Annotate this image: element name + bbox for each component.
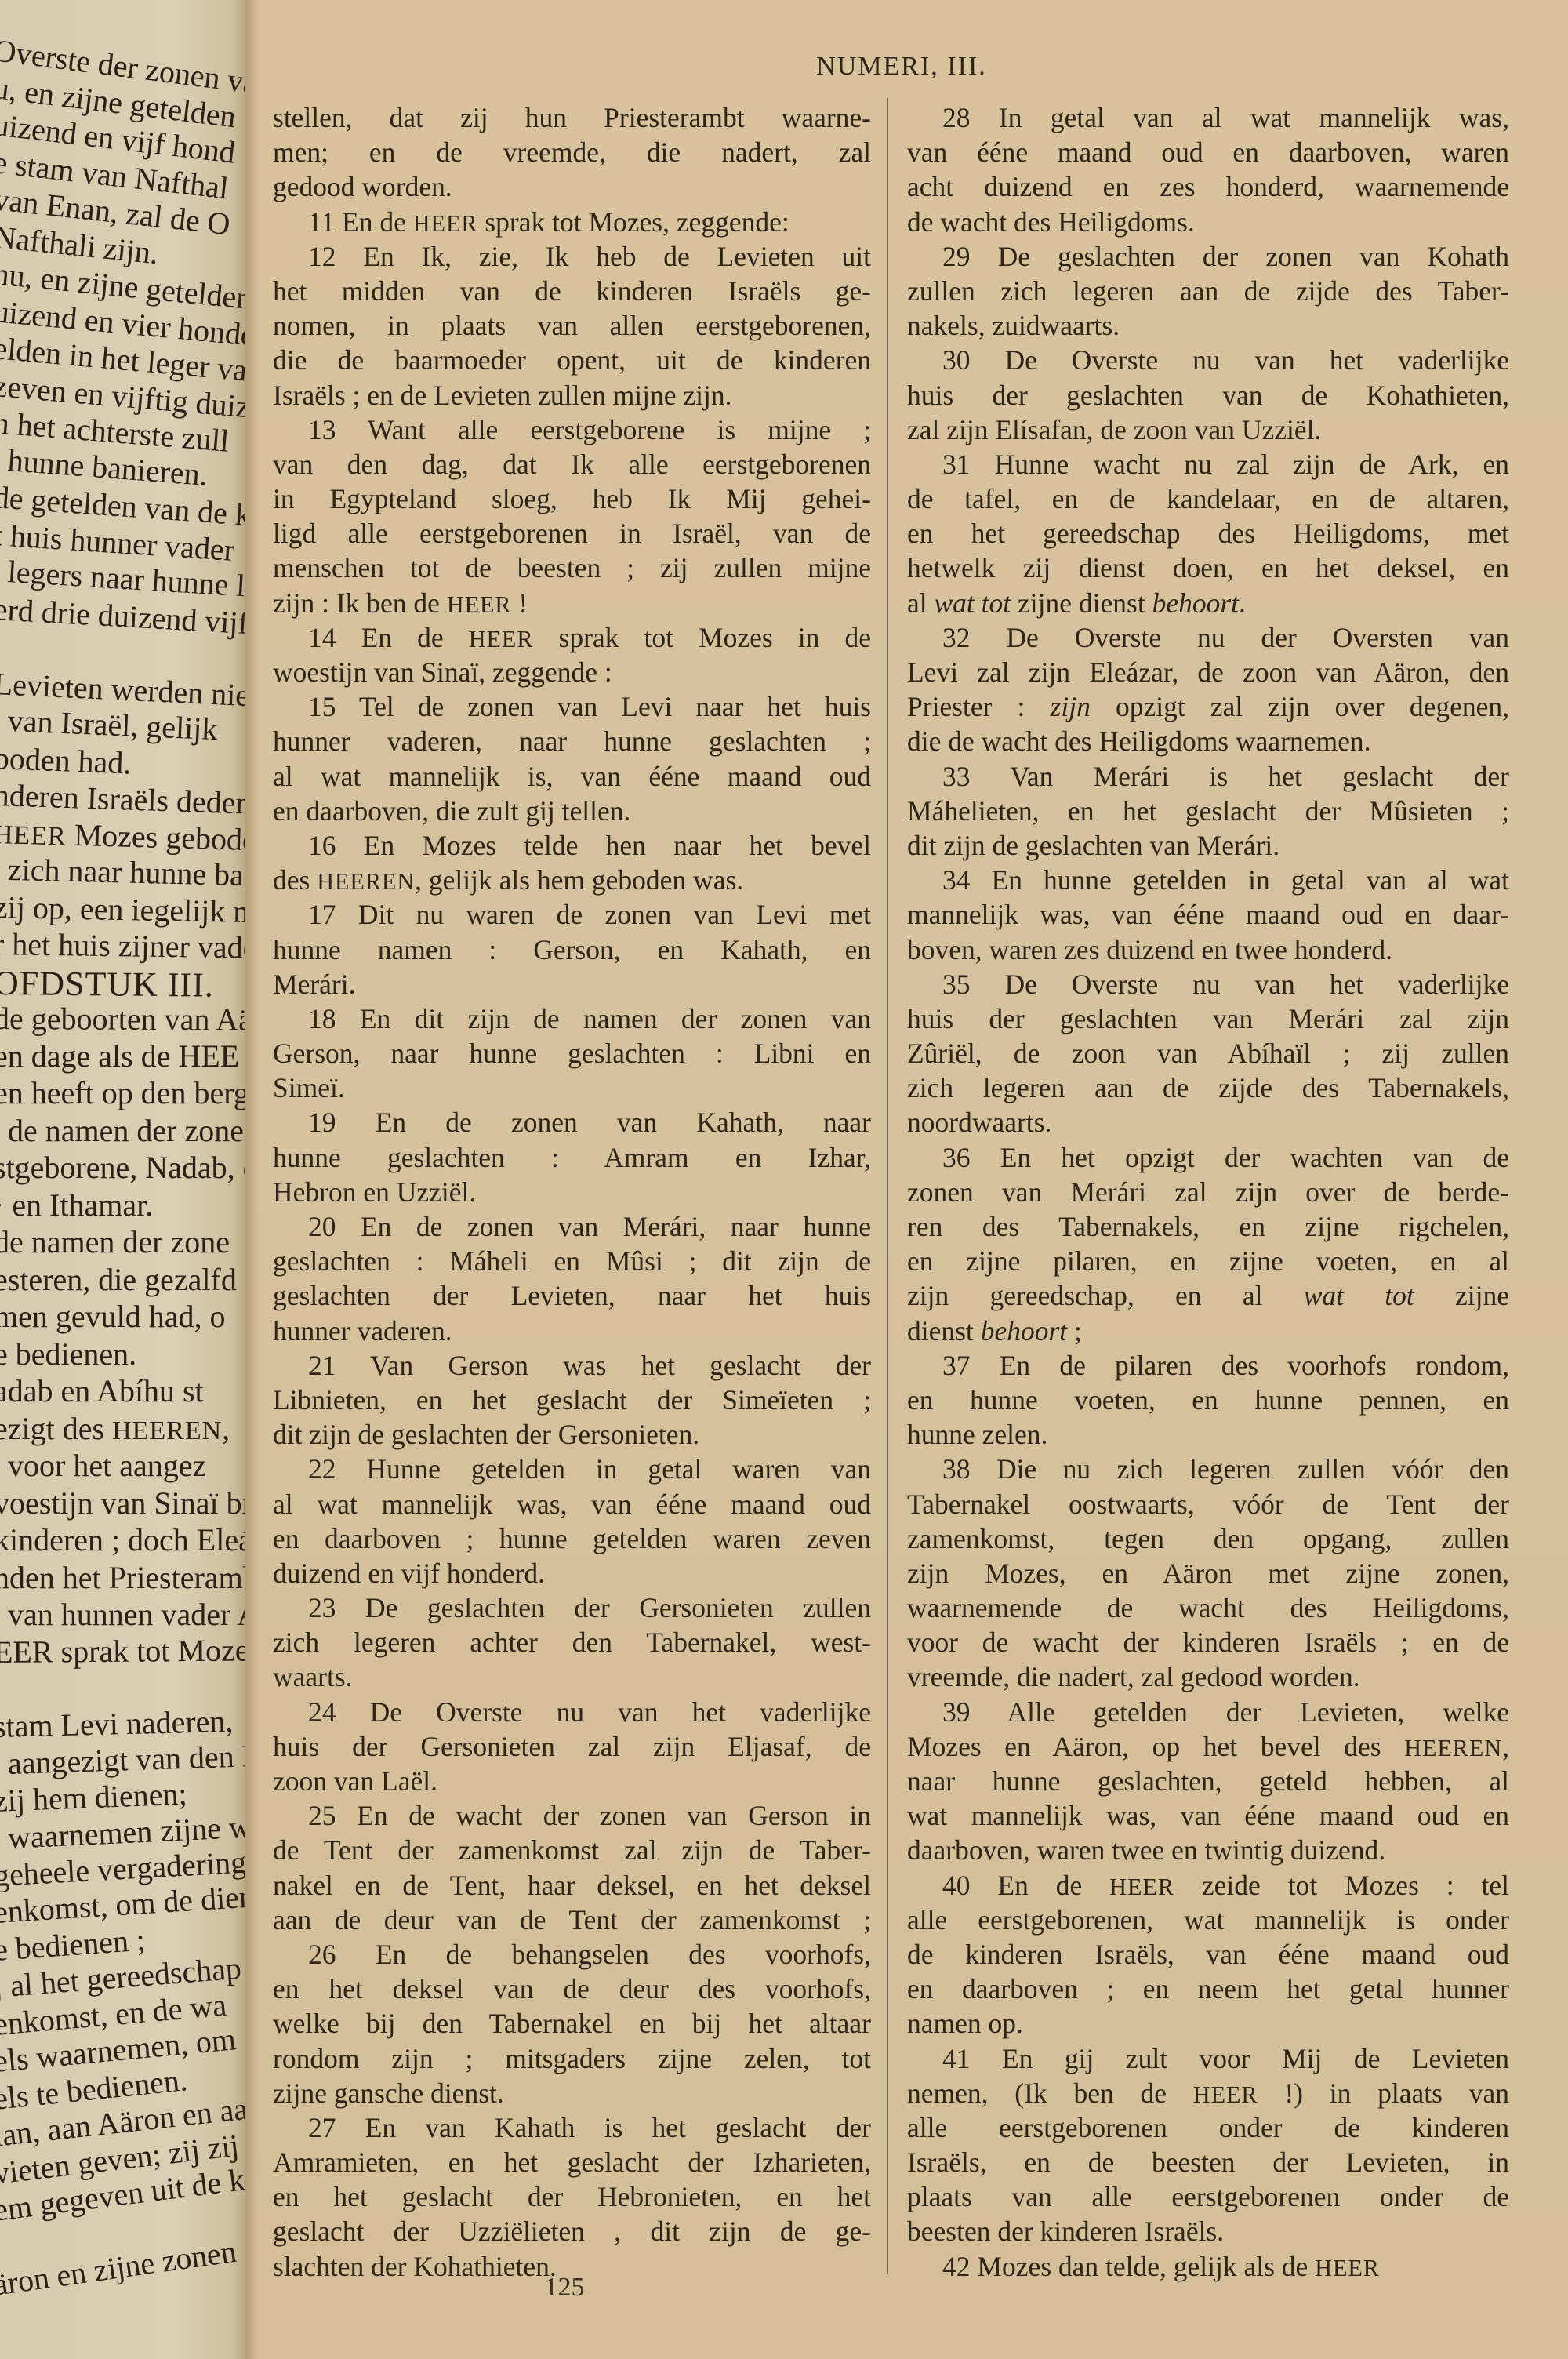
text-line: zich legeren aan de zijde des Tabernakel… — [907, 1070, 1509, 1105]
text-line: rondom zijn ; mitsgaders zijne zelen, to… — [273, 2041, 871, 2076]
text-line: aan de deur van de Tent der zamenkomst ; — [273, 1903, 871, 1937]
facing-page-line: OFDSTUK III. — [0, 963, 214, 1005]
italic-supplied-word: wat tot — [1304, 1280, 1414, 1311]
text-line: nomen, in plaats van allen eerstgeborene… — [273, 308, 871, 343]
text-line: Israëls, en de beesten der Levieten, in — [907, 2145, 1509, 2179]
text-line: die de baarmoeder opent, uit de kinderen — [273, 343, 871, 377]
text-line: waarnemende de wacht des Heiligdoms, — [907, 1590, 1509, 1625]
text-line: Simeï. — [273, 1070, 871, 1105]
text-line: hunne namen : Gerson, en Kahath, en — [273, 932, 871, 967]
text-line: hetwelk zij dienst doen, en het deksel, … — [907, 551, 1509, 585]
divine-name-smallcaps: HEEREN — [1404, 1735, 1502, 1761]
divine-name-smallcaps: HEER — [447, 591, 512, 618]
divine-name-smallcaps: HEEREN — [112, 1416, 222, 1445]
text-line: dienst behoort ; — [907, 1314, 1509, 1348]
verse-start-line: 26 En de behangselen des voorhofs, — [273, 1937, 871, 1972]
text-line: en daarboven ; hunne getelden waren zeve… — [273, 1521, 871, 1556]
verse-start-line: 42 Mozes dan telde, gelijk als de HEER — [907, 2249, 1509, 2284]
facing-page-line: r het huis zijner vade — [0, 925, 249, 966]
text-line: naar hunne geslachten, geteld hebben, al — [907, 1764, 1509, 1798]
facing-page-line: · en Ithamar. — [0, 1187, 153, 1223]
text-line: het midden van de kinderen Israëls ge- — [273, 274, 871, 308]
divine-name-smallcaps: HEER — [469, 626, 534, 652]
text-line: zijne gansche dienst. — [273, 2076, 871, 2110]
text-line: geslacht der Uzziëlieten , dit zijn de g… — [273, 2214, 871, 2248]
verse-start-line: 32 De Overste nu der Oversten van — [907, 620, 1509, 655]
text-line: de wacht des Heiligdoms. — [907, 205, 1509, 239]
text-line: huis der Gersonieten zal zijn Eljasaf, d… — [273, 1729, 871, 1764]
text-line: Israëls ; en de Levieten zullen mijne zi… — [273, 378, 871, 413]
text-line: noordwaarts. — [907, 1105, 1509, 1140]
facing-page-line: aangezigt van den P — [7, 1737, 249, 1782]
text-line: van den dag, dat Ik alle eerstgeborenen — [273, 447, 871, 482]
verse-start-line: 34 En hunne getelden in getal van al wat — [907, 863, 1509, 897]
text-line: plaats van alle eerstgeborenen onder de — [907, 2179, 1509, 2214]
text-line: duizend en vijf honderd. — [273, 1556, 871, 1590]
verse-start-line: 18 En dit zijn de namen der zonen van — [273, 1001, 871, 1036]
text-line: en hunne voeten, en hunne pennen, en — [907, 1383, 1509, 1417]
text-line: mannelijk was, van ééne maand oud en daa… — [907, 897, 1509, 932]
text-line: waarts. — [273, 1659, 871, 1694]
verse-start-line: 20 En de zonen van Merári, naar hunne — [273, 1209, 871, 1244]
text-line: nemen, (Ik ben de HEER !) in plaats van — [907, 2076, 1509, 2110]
text-line: daarboven, waren twee en twintig duizend… — [907, 1833, 1509, 1867]
facing-page-line: nden het Priesteramb — [0, 1559, 249, 1596]
verse-start-line: 25 En de wacht der zonen van Gerson in — [273, 1798, 871, 1833]
verse-start-line: 22 Hunne getelden in getal waren van — [273, 1452, 871, 1486]
text-line: stellen, dat zij hun Priesterambt waarne… — [273, 100, 871, 135]
facing-page-line: stgeborene, Nadab, e — [0, 1149, 249, 1186]
text-line: acht duizend en zes honderd, waarnemende — [907, 169, 1509, 204]
text-line: woestijn van Sinaï, zeggende : — [273, 655, 871, 689]
text-line: wat mannelijk was, van ééne maand oud en — [907, 1798, 1509, 1833]
text-line: Mozes en Aäron, op het bevel des HEEREN, — [907, 1729, 1509, 1764]
text-line: alle eerstgeborenen onder de kinderen — [907, 2110, 1509, 2145]
facing-page-line: EER sprak tot Moze — [0, 1631, 249, 1670]
text-line: huis der geslachten van Merári zal zijn — [907, 1001, 1509, 1036]
verse-start-line: 36 En het opzigt der wachten van de — [907, 1140, 1509, 1175]
facing-page-line: de namen der zone — [8, 1112, 244, 1149]
text-line: geslachten der Levieten, naar het huis — [273, 1278, 871, 1313]
facing-page-line: voestijn van Sinaï brag — [0, 1485, 249, 1521]
text-line: welke bij den Tabernakel en bij het alta… — [273, 2006, 871, 2041]
facing-page-line: en heeft op den berg S — [0, 1074, 249, 1111]
facing-page-line: men gevuld had, o — [0, 1298, 226, 1335]
text-line: nakels, zuidwaarts. — [907, 308, 1509, 343]
verse-start-line: 38 Die nu zich legeren zullen vóór den — [907, 1452, 1509, 1486]
text-line: namen op. — [907, 2006, 1509, 2041]
divine-name-smallcaps: HEER — [413, 210, 478, 237]
facing-page-line: stam Levi naderen, — [0, 1702, 234, 1744]
text-line: zich legeren achter den Tabernakel, west… — [273, 1625, 871, 1659]
italic-supplied-word: zijn — [1051, 691, 1091, 722]
text-line: huis der geslachten van de Kohathieten, — [907, 378, 1509, 413]
verse-start-line: 15 Tel de zonen van Levi naar het huis — [273, 689, 871, 724]
text-line: nakel en de Tent, haar deksel, en het de… — [273, 1868, 871, 1903]
verse-start-line: 39 Alle getelden der Levieten, welke — [907, 1695, 1509, 1729]
text-line: alle eerstgeborenen, wat mannelijk is on… — [907, 1903, 1509, 1937]
text-line: zoon van Laël. — [273, 1764, 871, 1798]
text-line: al wat tot zijne dienst behoort. — [907, 586, 1509, 620]
text-line: hunne zelen. — [907, 1417, 1509, 1452]
facing-page-line: zich naar hunne ban — [7, 851, 249, 893]
divine-name-smallcaps: HEER — [1109, 1874, 1174, 1900]
italic-supplied-word: behoort — [981, 1315, 1067, 1347]
facing-page-line: adab en Abíhu st — [0, 1372, 204, 1409]
page-number: 125 — [533, 2273, 596, 2303]
text-line: en daarboven ; en neem het getal hunner — [907, 1972, 1509, 2006]
text-line: zijn gereedschap, en al wat tot zijne — [907, 1278, 1509, 1313]
text-line: Zûriël, de zoon van Abíhaïl ; zij zullen — [907, 1036, 1509, 1070]
text-line: Libnieten, en het geslacht der Simeïeten… — [273, 1383, 871, 1417]
facing-page-line: de geboorten van Aä — [0, 1000, 249, 1038]
text-line: geslachten : Máheli en Mûsi ; dit zijn d… — [273, 1244, 871, 1278]
text-line: al wat mannelijk is, van ééne maand oud — [273, 759, 871, 794]
text-line: gedood worden. — [273, 169, 871, 204]
verse-start-line: 29 De geslachten der zonen van Kohath — [907, 239, 1509, 274]
verse-start-line: 16 En Mozes telde hen naar het bevel — [273, 828, 871, 863]
text-line: al wat mannelijk was, van ééne maand oud — [273, 1487, 871, 1521]
text-line: Priester : zijn opzigt zal zijn over deg… — [907, 689, 1509, 724]
text-line: Amramieten, en het geslacht der Izhariet… — [273, 2145, 871, 2179]
divine-name-smallcaps: HEER — [1315, 2255, 1380, 2281]
facing-left-page: Overste der zonen vau, en zijne getelden… — [0, 0, 249, 2359]
text-line: zonen van Merári zal zijn over de berde- — [907, 1175, 1509, 1209]
verse-start-line: 37 En de pilaren des voorhofs rondom, — [907, 1348, 1509, 1383]
text-line: hunner vaderen, naar hunne geslachten ; — [273, 724, 871, 758]
text-line: dit zijn de geslachten van Merári. — [907, 828, 1509, 863]
text-line: hunner vaderen. — [273, 1314, 871, 1348]
verse-start-line: 33 Van Merári is het geslacht der — [907, 759, 1509, 794]
text-line: en het gereedschap des Heiligdoms, met — [907, 516, 1509, 551]
text-line: zijn : Ik ben de HEER ! — [273, 586, 871, 620]
text-line: de kinderen Israëls, van ééne maand oud — [907, 1937, 1509, 1972]
text-line: men; en de vreemde, die nadert, zal — [273, 135, 871, 169]
text-line: menschen tot de beesten ; zij zullen mij… — [273, 551, 871, 585]
italic-supplied-word: behoort — [1152, 587, 1239, 619]
facing-page-line: äron en zijne zonen — [0, 2233, 238, 2303]
text-line: ligd alle eerstgeborenen in Israël, van … — [273, 516, 871, 551]
verse-start-line: 31 Hunne wacht nu zal zijn de Ark, en — [907, 447, 1509, 482]
verse-start-line: 12 En Ik, zie, Ik heb de Levieten uit — [273, 239, 871, 274]
facing-page-line: de namen der zone — [0, 1223, 230, 1260]
text-line: vreemde, die nadert, zal gedood worden. — [907, 1659, 1509, 1694]
facing-page-line: boden had. — [0, 740, 132, 782]
text-line: en het deksel van de deur des voorhofs, — [273, 1972, 871, 2006]
text-line: zullen zich legeren aan de zijde des Tab… — [907, 274, 1509, 308]
text-line: des HEEREN, gelijk als hem geboden was. — [273, 863, 871, 897]
text-line: Gerson, naar hunne geslachten : Libni en — [273, 1036, 871, 1070]
text-line: die de wacht des Heiligdoms waarnemen. — [907, 724, 1509, 758]
column-divider — [887, 98, 888, 2274]
text-line: zal zijn Elísafan, de zoon van Uzziël. — [907, 413, 1509, 447]
verse-start-line: 14 En de HEER sprak tot Mozes in de — [273, 620, 871, 655]
text-line: Merári. — [273, 967, 871, 1001]
verse-start-line: 11 En de HEER sprak tot Mozes, zeggende: — [273, 205, 871, 239]
text-column-left: stellen, dat zij hun Priesterambt waarne… — [273, 100, 871, 2284]
italic-supplied-word: wat tot — [935, 587, 1011, 619]
facing-page-line: e bedienen. — [0, 1336, 136, 1372]
text-line: zijn Mozes, en Aäron met zijne zonen, — [907, 1556, 1509, 1590]
text-line: en zijne pilaren, en zijne voeten, en al — [907, 1244, 1509, 1278]
text-line: en het geslacht der Hebronieten, en het — [273, 2179, 871, 2214]
divine-name-smallcaps: HEEREN — [317, 868, 415, 895]
facing-page-line: voor het aangez — [8, 1447, 206, 1484]
text-line: en daarboven, die zult gij tellen. — [273, 794, 871, 828]
text-line: ren des Tabernakels, en zijne rigchelen, — [907, 1209, 1509, 1244]
text-line: Máhelieten, en het geslacht der Mûsieten… — [907, 794, 1509, 828]
divine-name-smallcaps: HEER — [0, 820, 67, 852]
verse-start-line: 27 En van Kahath is het geslacht der — [273, 2110, 871, 2145]
facing-page-line: en dage als de HEE — [0, 1038, 239, 1074]
facing-page-line: zij op, een iegelijk naa — [0, 889, 249, 931]
text-line: Tabernakel oostwaarts, vóór de Tent der — [907, 1487, 1509, 1521]
facing-page-line: ezigt des HEEREN, — [0, 1410, 230, 1447]
facing-page-line: van hunnen vader A — [8, 1596, 249, 1633]
text-line: van ééne maand oud en daarboven, waren — [907, 135, 1509, 169]
facing-page-line: kinderen ; doch Eleá — [0, 1521, 249, 1558]
verse-start-line: 17 Dit nu waren de zonen van Levi met — [273, 897, 871, 932]
text-line: Hebron en Uzziël. — [273, 1175, 871, 1209]
text-line: beesten der kinderen Israëls. — [907, 2214, 1509, 2248]
verse-start-line: 35 De Overste nu van het vaderlijke — [907, 967, 1509, 1001]
text-line: Levi zal zijn Eleázar, de zoon van Aäron… — [907, 655, 1509, 689]
divine-name-smallcaps: HEER — [1193, 2081, 1258, 2108]
running-head: NUMERI, III. — [784, 52, 1019, 82]
text-line: zamenkomst, tegen den opgang, zullen — [907, 1521, 1509, 1556]
verse-start-line: 41 En gij zult voor Mij de Levieten — [907, 2041, 1509, 2076]
verse-start-line: 40 En de HEER zeide tot Mozes : tel — [907, 1868, 1509, 1903]
verse-start-line: 24 De Overste nu van het vaderlijke — [273, 1695, 871, 1729]
verse-start-line: 28 In getal van al wat mannelijk was, — [907, 100, 1509, 135]
verse-start-line: 13 Want alle eerstgeborene is mijne ; — [273, 413, 871, 447]
verse-start-line: 23 De geslachten der Gersonieten zullen — [273, 1590, 871, 1625]
text-line: voor de wacht der kinderen Israëls ; en … — [907, 1625, 1509, 1659]
text-line: dit zijn de geslachten der Gersonieten. — [273, 1417, 871, 1452]
text-line: de Tent der zamenkomst zal zijn de Taber… — [273, 1833, 871, 1867]
text-line: de tafel, en de kandelaar, en de altaren… — [907, 482, 1509, 516]
text-line: boven, waren zes duizend en twee honderd… — [907, 932, 1509, 967]
facing-page-line: esteren, die gezalfd — [0, 1261, 237, 1298]
verse-start-line: 30 De Overste nu van het vaderlijke — [907, 343, 1509, 377]
verse-start-line: 19 En de zonen van Kahath, naar — [273, 1105, 871, 1140]
text-column-right: 28 In getal van al wat mannelijk was,van… — [907, 100, 1509, 2284]
verse-start-line: 21 Van Gerson was het geslacht der — [273, 1348, 871, 1383]
text-line: in Egypteland sloeg, heb Ik Mij gehei- — [273, 482, 871, 516]
text-line: hunne geslachten : Amram en Izhar, — [273, 1140, 871, 1175]
